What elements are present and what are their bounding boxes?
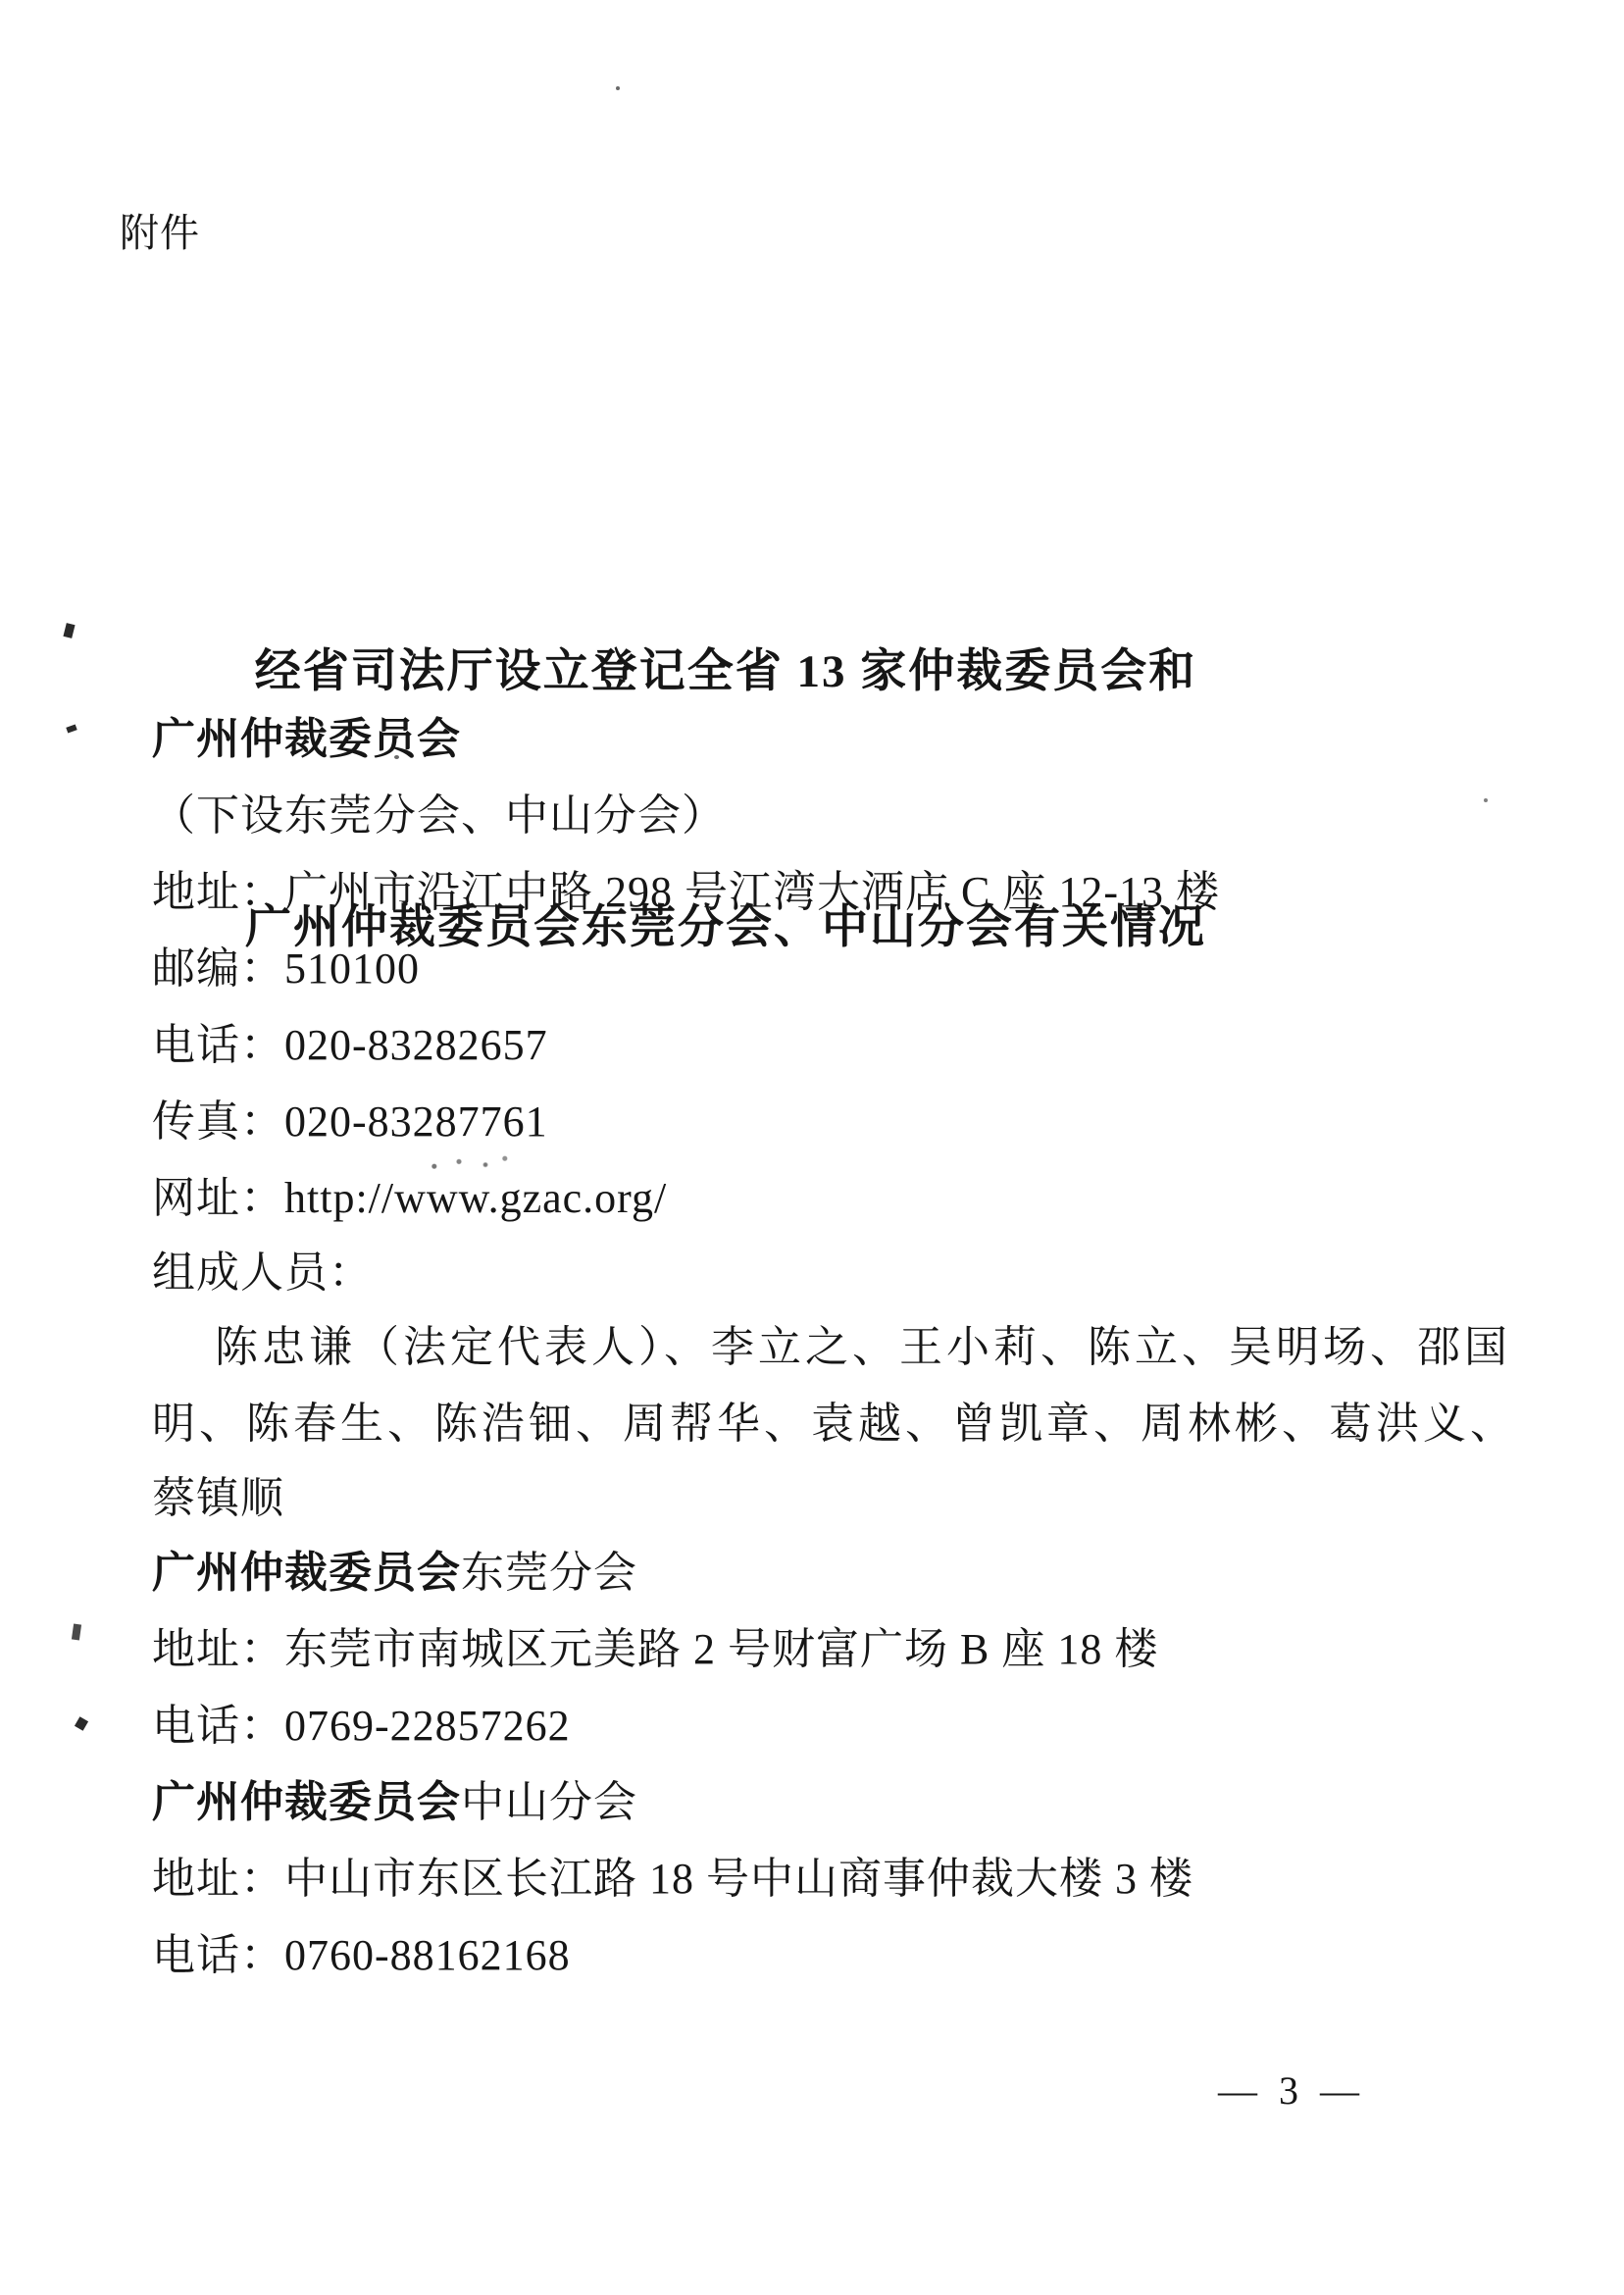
guangzhou-address: 地址：广州市沿江中路 298 号江湾大酒店 C 座 12-13 楼	[152, 869, 1220, 916]
scan-speck	[63, 623, 75, 638]
dongguan-branch-heading: 广州仲裁委员会东莞分会	[152, 1550, 637, 1597]
guangzhou-members-line1: 陈忠谦（法定代表人）、李立之、王小莉、陈立、吴明场、邵国	[215, 1324, 1511, 1371]
guangzhou-members-line2: 明、陈春生、陈浩钿、周帮华、袁越、曾凯章、周林彬、葛洪义、	[152, 1401, 1517, 1448]
guangzhou-commission-subheading: （下设东莞分会、中山分会）	[152, 792, 726, 840]
dongguan-phone: 电话：0769-22857262	[152, 1703, 571, 1750]
scan-speck	[75, 1716, 88, 1731]
scan-smudge	[424, 1155, 512, 1171]
zhongshan-branch-heading-bold: 广州仲裁委员会	[152, 1778, 461, 1826]
scan-speck	[1484, 798, 1488, 802]
scan-speck	[72, 1624, 81, 1641]
guangzhou-members-line3: 蔡镇顺	[152, 1475, 284, 1522]
zhongshan-address: 地址：中山市东区长江路 18 号中山商事仲裁大楼 3 楼	[152, 1856, 1193, 1903]
guangzhou-commission-heading: 广州仲裁委员会	[152, 716, 461, 763]
zhongshan-branch-heading-rest: 中山分会	[461, 1778, 637, 1826]
page-number: — 3 —	[1218, 2067, 1365, 2114]
scan-speck	[66, 724, 76, 733]
dongguan-address: 地址：东莞市南城区元美路 2 号财富广场 B 座 18 楼	[152, 1626, 1158, 1673]
dongguan-branch-heading-rest: 东莞分会	[461, 1549, 637, 1597]
guangzhou-postcode: 邮编：510100	[152, 945, 420, 993]
scan-speck	[394, 755, 399, 759]
attachment-label: 附件	[120, 212, 200, 255]
guangzhou-fax: 传真：020-83287761	[152, 1098, 548, 1146]
zhongshan-branch-heading: 广州仲裁委员会中山分会	[152, 1779, 637, 1826]
document-title-line1: 经省司法厅设立登记全省 13 家仲裁委员会和	[152, 630, 1299, 715]
guangzhou-website: 网址：http://www.gzac.org/	[152, 1175, 667, 1222]
guangzhou-members-label: 组成人员：	[152, 1249, 373, 1297]
dongguan-branch-heading-bold: 广州仲裁委员会	[152, 1549, 461, 1597]
guangzhou-phone: 电话：020-83282657	[152, 1022, 548, 1069]
zhongshan-phone: 电话：0760-88162168	[152, 1932, 571, 1979]
scanned-document-page: 附件 经省司法厅设立登记全省 13 家仲裁委员会和 广州仲裁委员会东莞分会、中山…	[0, 0, 1624, 2295]
scan-speck	[616, 86, 620, 90]
